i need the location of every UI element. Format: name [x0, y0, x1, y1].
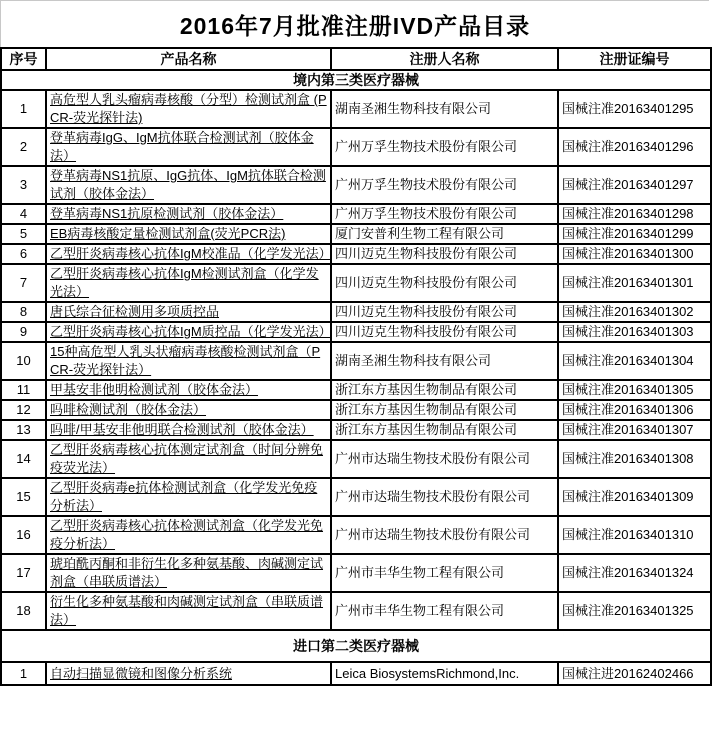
product-name: 登革病毒IgG、IgM抗体联合检测试剂（胶体金法） — [50, 130, 314, 163]
product-name: 15种高危型人乳头状瘤病毒核酸检测试剂盒（PCR-荧光探针法） — [50, 344, 320, 377]
table-row: 5EB病毒核酸定量检测试剂盒(荧光PCR法)厦门安普利生物工程有限公司国械注准2… — [1, 224, 711, 244]
table-row: 18衍生化多种氨基酸和肉碱测定试剂盒（串联质谱法）广州市丰华生物工程有限公司国械… — [1, 592, 711, 630]
product-name: 登革病毒NS1抗原、IgG抗体、IgM抗体联合检测试剂（胶体金法） — [50, 168, 326, 201]
registrant-name: 广州万孚生物技术股份有限公司 — [331, 204, 558, 224]
section-title: 进口第二类医疗器械 — [1, 630, 711, 662]
registrant-name: 四川迈克生物科技股份有限公司 — [331, 302, 558, 322]
registrant-name: Leica BiosystemsRichmond,Inc. — [331, 662, 558, 685]
serial-number: 10 — [1, 342, 46, 380]
serial-number: 5 — [1, 224, 46, 244]
product-name: 吗啡检测试剂（胶体金法） — [50, 402, 206, 417]
certificate-number: 国械注准20163401305 — [558, 380, 711, 400]
serial-number: 6 — [1, 244, 46, 264]
product-name-cell: 乙型肝炎病毒核心抗体检测试剂盒（化学发光免疫分析法） — [46, 516, 331, 554]
registrant-name: 浙江东方基因生物制品有限公司 — [331, 380, 558, 400]
registrant-name: 浙江东方基因生物制品有限公司 — [331, 400, 558, 420]
table-row: 7乙型肝炎病毒核心抗体IgM检测试剂盒（化学发光法）四川迈克生物科技股份有限公司… — [1, 264, 711, 302]
header-row: 序号 产品名称 注册人名称 注册证编号 — [1, 48, 711, 70]
certificate-number: 国械注进20162402466 — [558, 662, 711, 685]
registrant-name: 湖南圣湘生物科技有限公司 — [331, 342, 558, 380]
certificate-number: 国械注准20163401295 — [558, 90, 711, 128]
page-title: 2016年7月批准注册IVD产品目录 — [0, 0, 709, 47]
serial-number: 8 — [1, 302, 46, 322]
registrant-name: 广州市丰华生物工程有限公司 — [331, 554, 558, 592]
product-name: 乙型肝炎病毒核心抗体IgM质控品（化学发光法） — [50, 324, 331, 339]
registrant-name: 浙江东方基因生物制品有限公司 — [331, 420, 558, 440]
table-row: 11甲基安非他明检测试剂（胶体金法）浙江东方基因生物制品有限公司国械注准2016… — [1, 380, 711, 400]
section-row: 境内第三类医疗器械 — [1, 70, 711, 90]
product-name: 衍生化多种氨基酸和肉碱测定试剂盒（串联质谱法） — [50, 594, 323, 627]
document-page: 2016年7月批准注册IVD产品目录 序号 产品名称 注册人名称 注册证编号 境… — [0, 0, 714, 686]
column-header-registrant: 注册人名称 — [331, 48, 558, 70]
serial-number: 11 — [1, 380, 46, 400]
table-row: 1自动扫描显微镜和图像分析系统Leica BiosystemsRichmond,… — [1, 662, 711, 685]
product-name: 乙型肝炎病毒核心抗体测定试剂盒（时间分辨免疫荧光法） — [50, 442, 323, 475]
serial-number: 16 — [1, 516, 46, 554]
product-name-cell: 乙型肝炎病毒e抗体检测试剂盒（化学发光免疫分析法） — [46, 478, 331, 516]
product-name-cell: 15种高危型人乳头状瘤病毒核酸检测试剂盒（PCR-荧光探针法） — [46, 342, 331, 380]
serial-number: 14 — [1, 440, 46, 478]
registrant-name: 广州万孚生物技术股份有限公司 — [331, 166, 558, 204]
product-name-cell: 吗啡检测试剂（胶体金法） — [46, 400, 331, 420]
certificate-number: 国械注准20163401309 — [558, 478, 711, 516]
serial-number: 17 — [1, 554, 46, 592]
product-name: 吗啡/甲基安非他明联合检测试剂（胶体金法） — [50, 422, 314, 437]
product-name-cell: 衍生化多种氨基酸和肉碱测定试剂盒（串联质谱法） — [46, 592, 331, 630]
registrant-name: 广州市达瑞生物技术股份有限公司 — [331, 478, 558, 516]
certificate-number: 国械注准20163401303 — [558, 322, 711, 342]
certificate-number: 国械注准20163401310 — [558, 516, 711, 554]
certificate-number: 国械注准20163401306 — [558, 400, 711, 420]
product-name-cell: 自动扫描显微镜和图像分析系统 — [46, 662, 331, 685]
registrant-name: 广州万孚生物技术股份有限公司 — [331, 128, 558, 166]
product-name: 登革病毒NS1抗原检测试剂（胶体金法） — [50, 206, 283, 221]
product-name: 乙型肝炎病毒核心抗体检测试剂盒（化学发光免疫分析法） — [50, 518, 323, 551]
certificate-number: 国械注准20163401300 — [558, 244, 711, 264]
table-row: 2登革病毒IgG、IgM抗体联合检测试剂（胶体金法）广州万孚生物技术股份有限公司… — [1, 128, 711, 166]
table-row: 8唐氏综合征检测用多项质控品四川迈克生物科技股份有限公司国械注准20163401… — [1, 302, 711, 322]
certificate-number: 国械注准20163401302 — [558, 302, 711, 322]
serial-number: 9 — [1, 322, 46, 342]
registrant-name: 四川迈克生物科技股份有限公司 — [331, 244, 558, 264]
table-row: 9乙型肝炎病毒核心抗体IgM质控品（化学发光法）四川迈克生物科技股份有限公司国械… — [1, 322, 711, 342]
product-name: 乙型肝炎病毒核心抗体IgM校准品（化学发光法） — [50, 246, 331, 261]
certificate-number: 国械注准20163401325 — [558, 592, 711, 630]
product-name-cell: 甲基安非他明检测试剂（胶体金法） — [46, 380, 331, 400]
certificate-number: 国械注准20163401307 — [558, 420, 711, 440]
product-name: 乙型肝炎病毒e抗体检测试剂盒（化学发光免疫分析法） — [50, 480, 317, 513]
serial-number: 1 — [1, 90, 46, 128]
table-row: 17琥珀酰丙酮和非衍生化多种氨基酸、肉碱测定试剂盒（串联质谱法）广州市丰华生物工… — [1, 554, 711, 592]
certificate-number: 国械注准20163401301 — [558, 264, 711, 302]
section-title: 境内第三类医疗器械 — [1, 70, 711, 90]
product-name-cell: 乙型肝炎病毒核心抗体IgM校准品（化学发光法） — [46, 244, 331, 264]
product-name: EB病毒核酸定量检测试剂盒(荧光PCR法) — [50, 226, 285, 241]
table-row: 14乙型肝炎病毒核心抗体测定试剂盒（时间分辨免疫荧光法）广州市达瑞生物技术股份有… — [1, 440, 711, 478]
product-name-cell: 乙型肝炎病毒核心抗体IgM质控品（化学发光法） — [46, 322, 331, 342]
product-name: 甲基安非他明检测试剂（胶体金法） — [50, 382, 258, 397]
serial-number: 1 — [1, 662, 46, 685]
product-name-cell: EB病毒核酸定量检测试剂盒(荧光PCR法) — [46, 224, 331, 244]
certificate-number: 国械注准20163401308 — [558, 440, 711, 478]
table-header: 序号 产品名称 注册人名称 注册证编号 — [1, 48, 711, 70]
product-name-cell: 乙型肝炎病毒核心抗体IgM检测试剂盒（化学发光法） — [46, 264, 331, 302]
ivd-product-table: 序号 产品名称 注册人名称 注册证编号 境内第三类医疗器械1高危型人乳头瘤病毒核… — [0, 47, 712, 686]
certificate-number: 国械注准20163401297 — [558, 166, 711, 204]
registrant-name: 四川迈克生物科技股份有限公司 — [331, 264, 558, 302]
registrant-name: 广州市达瑞生物技术股份有限公司 — [331, 516, 558, 554]
product-name-cell: 琥珀酰丙酮和非衍生化多种氨基酸、肉碱测定试剂盒（串联质谱法） — [46, 554, 331, 592]
product-name-cell: 登革病毒NS1抗原检测试剂（胶体金法） — [46, 204, 331, 224]
certificate-number: 国械注准20163401324 — [558, 554, 711, 592]
table-row: 1015种高危型人乳头状瘤病毒核酸检测试剂盒（PCR-荧光探针法）湖南圣湘生物科… — [1, 342, 711, 380]
column-header-certificate: 注册证编号 — [558, 48, 711, 70]
table-row: 1高危型人乳头瘤病毒核酸（分型）检测试剂盒 (PCR-荧光探针法)湖南圣湘生物科… — [1, 90, 711, 128]
product-name: 乙型肝炎病毒核心抗体IgM检测试剂盒（化学发光法） — [50, 266, 319, 299]
serial-number: 3 — [1, 166, 46, 204]
table-row: 3登革病毒NS1抗原、IgG抗体、IgM抗体联合检测试剂（胶体金法）广州万孚生物… — [1, 166, 711, 204]
product-name-cell: 登革病毒IgG、IgM抗体联合检测试剂（胶体金法） — [46, 128, 331, 166]
certificate-number: 国械注准20163401299 — [558, 224, 711, 244]
product-name-cell: 高危型人乳头瘤病毒核酸（分型）检测试剂盒 (PCR-荧光探针法) — [46, 90, 331, 128]
product-name: 高危型人乳头瘤病毒核酸（分型）检测试剂盒 (PCR-荧光探针法) — [50, 92, 327, 125]
product-name-cell: 唐氏综合征检测用多项质控品 — [46, 302, 331, 322]
product-name: 唐氏综合征检测用多项质控品 — [50, 304, 219, 319]
table-body: 境内第三类医疗器械1高危型人乳头瘤病毒核酸（分型）检测试剂盒 (PCR-荧光探针… — [1, 70, 711, 685]
certificate-number: 国械注准20163401304 — [558, 342, 711, 380]
table-row: 6乙型肝炎病毒核心抗体IgM校准品（化学发光法）四川迈克生物科技股份有限公司国械… — [1, 244, 711, 264]
table-row: 13吗啡/甲基安非他明联合检测试剂（胶体金法）浙江东方基因生物制品有限公司国械注… — [1, 420, 711, 440]
registrant-name: 广州市达瑞生物技术股份有限公司 — [331, 440, 558, 478]
serial-number: 15 — [1, 478, 46, 516]
serial-number: 4 — [1, 204, 46, 224]
table-row: 4登革病毒NS1抗原检测试剂（胶体金法）广州万孚生物技术股份有限公司国械注准20… — [1, 204, 711, 224]
product-name-cell: 吗啡/甲基安非他明联合检测试剂（胶体金法） — [46, 420, 331, 440]
certificate-number: 国械注准20163401296 — [558, 128, 711, 166]
product-name-cell: 登革病毒NS1抗原、IgG抗体、IgM抗体联合检测试剂（胶体金法） — [46, 166, 331, 204]
product-name-cell: 乙型肝炎病毒核心抗体测定试剂盒（时间分辨免疫荧光法） — [46, 440, 331, 478]
section-row: 进口第二类医疗器械 — [1, 630, 711, 662]
registrant-name: 四川迈克生物科技股份有限公司 — [331, 322, 558, 342]
registrant-name: 厦门安普利生物工程有限公司 — [331, 224, 558, 244]
registrant-name: 湖南圣湘生物科技有限公司 — [331, 90, 558, 128]
serial-number: 13 — [1, 420, 46, 440]
column-header-serial: 序号 — [1, 48, 46, 70]
certificate-number: 国械注准20163401298 — [558, 204, 711, 224]
column-header-product: 产品名称 — [46, 48, 331, 70]
table-row: 16乙型肝炎病毒核心抗体检测试剂盒（化学发光免疫分析法）广州市达瑞生物技术股份有… — [1, 516, 711, 554]
table-row: 15乙型肝炎病毒e抗体检测试剂盒（化学发光免疫分析法）广州市达瑞生物技术股份有限… — [1, 478, 711, 516]
table-row: 12吗啡检测试剂（胶体金法）浙江东方基因生物制品有限公司国械注准20163401… — [1, 400, 711, 420]
registrant-name: 广州市丰华生物工程有限公司 — [331, 592, 558, 630]
product-name: 自动扫描显微镜和图像分析系统 — [50, 666, 232, 681]
serial-number: 2 — [1, 128, 46, 166]
serial-number: 12 — [1, 400, 46, 420]
serial-number: 7 — [1, 264, 46, 302]
serial-number: 18 — [1, 592, 46, 630]
product-name: 琥珀酰丙酮和非衍生化多种氨基酸、肉碱测定试剂盒（串联质谱法） — [50, 556, 323, 589]
